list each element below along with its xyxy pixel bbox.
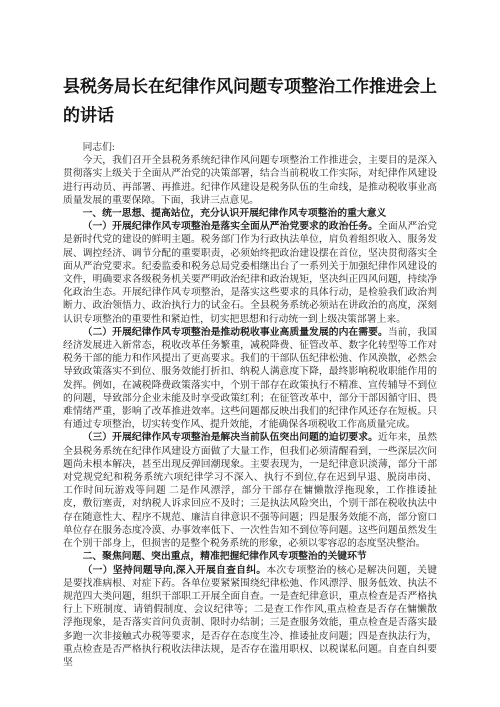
section-1-heading: 一、统一思想、提高站位，充分认识开展纪律作风专项整治的重大意义 [63, 207, 437, 220]
section-2-paragraph-1: （一）坚持问题导向,深入开展自查自纠。本次专项整治的核心是解决问题，关键是要找准… [63, 564, 437, 670]
paragraph-body: 本次专项整治的核心是解决问题，关键是要找准病根、对症下药。各单位要紧紧围绕纪律松… [63, 565, 437, 668]
paragraph-body: 当前，我国经济发展进入新常态，税收改革任务繁重，减税降费、征管改革、数字化转型等… [63, 327, 437, 430]
intro-paragraph: 今天，我们召开全县税务系统纪律作风问题专项整治工作推进会，主要目的是深入贯彻落实… [63, 154, 437, 207]
paragraph-lead: （一）开展纪律作风专项整治是落实全面从严治党要求的政治任务。 [83, 221, 378, 232]
paragraph-body: 近年来，虽然全县税务系统在纪律作风建设方面做了大量工作，但我们必须清醒看到，一些… [63, 432, 437, 549]
section-1-paragraph-3: （三）开展纪律作风专项整治是解决当前队伍突出问题的迫切要求。近年来，虽然全县税务… [63, 431, 437, 550]
paragraph-lead: （二）开展纪律作风专项整治是推动税收事业高质量发展的内在需要。 [83, 327, 388, 338]
paragraph-body: 全面从严治党是新时代党的建设的鲜明主题。税务部门作为行政执法单位，肩负着组织收入… [63, 221, 437, 324]
paragraph-lead: （三）开展纪律作风专项整治是解决当前队伍突出问题的迫切要求。 [83, 432, 378, 443]
section-1-paragraph-2: （二）开展纪律作风专项整治是推动税收事业高质量发展的内在需要。当前，我国经济发展… [63, 326, 437, 432]
section-1-paragraph-1: （一）开展纪律作风专项整治是落实全面从严治党要求的政治任务。全面从严治党是新时代… [63, 220, 437, 326]
paragraph-lead: （一）坚持问题导向,深入开展自查自纠。 [83, 565, 267, 576]
document-title: 县税务局长在纪律作风问题专项整治工作推进会上的讲话 [63, 72, 437, 130]
salutation: 同志们: [63, 141, 437, 154]
document-page: 县税务局长在纪律作风问题专项整治工作推进会上的讲话 同志们: 今天，我们召开全县… [0, 0, 500, 707]
section-2-heading: 二、聚焦问题、突出重点，精准把握纪律作风专项整治的关键环节 [63, 550, 437, 563]
